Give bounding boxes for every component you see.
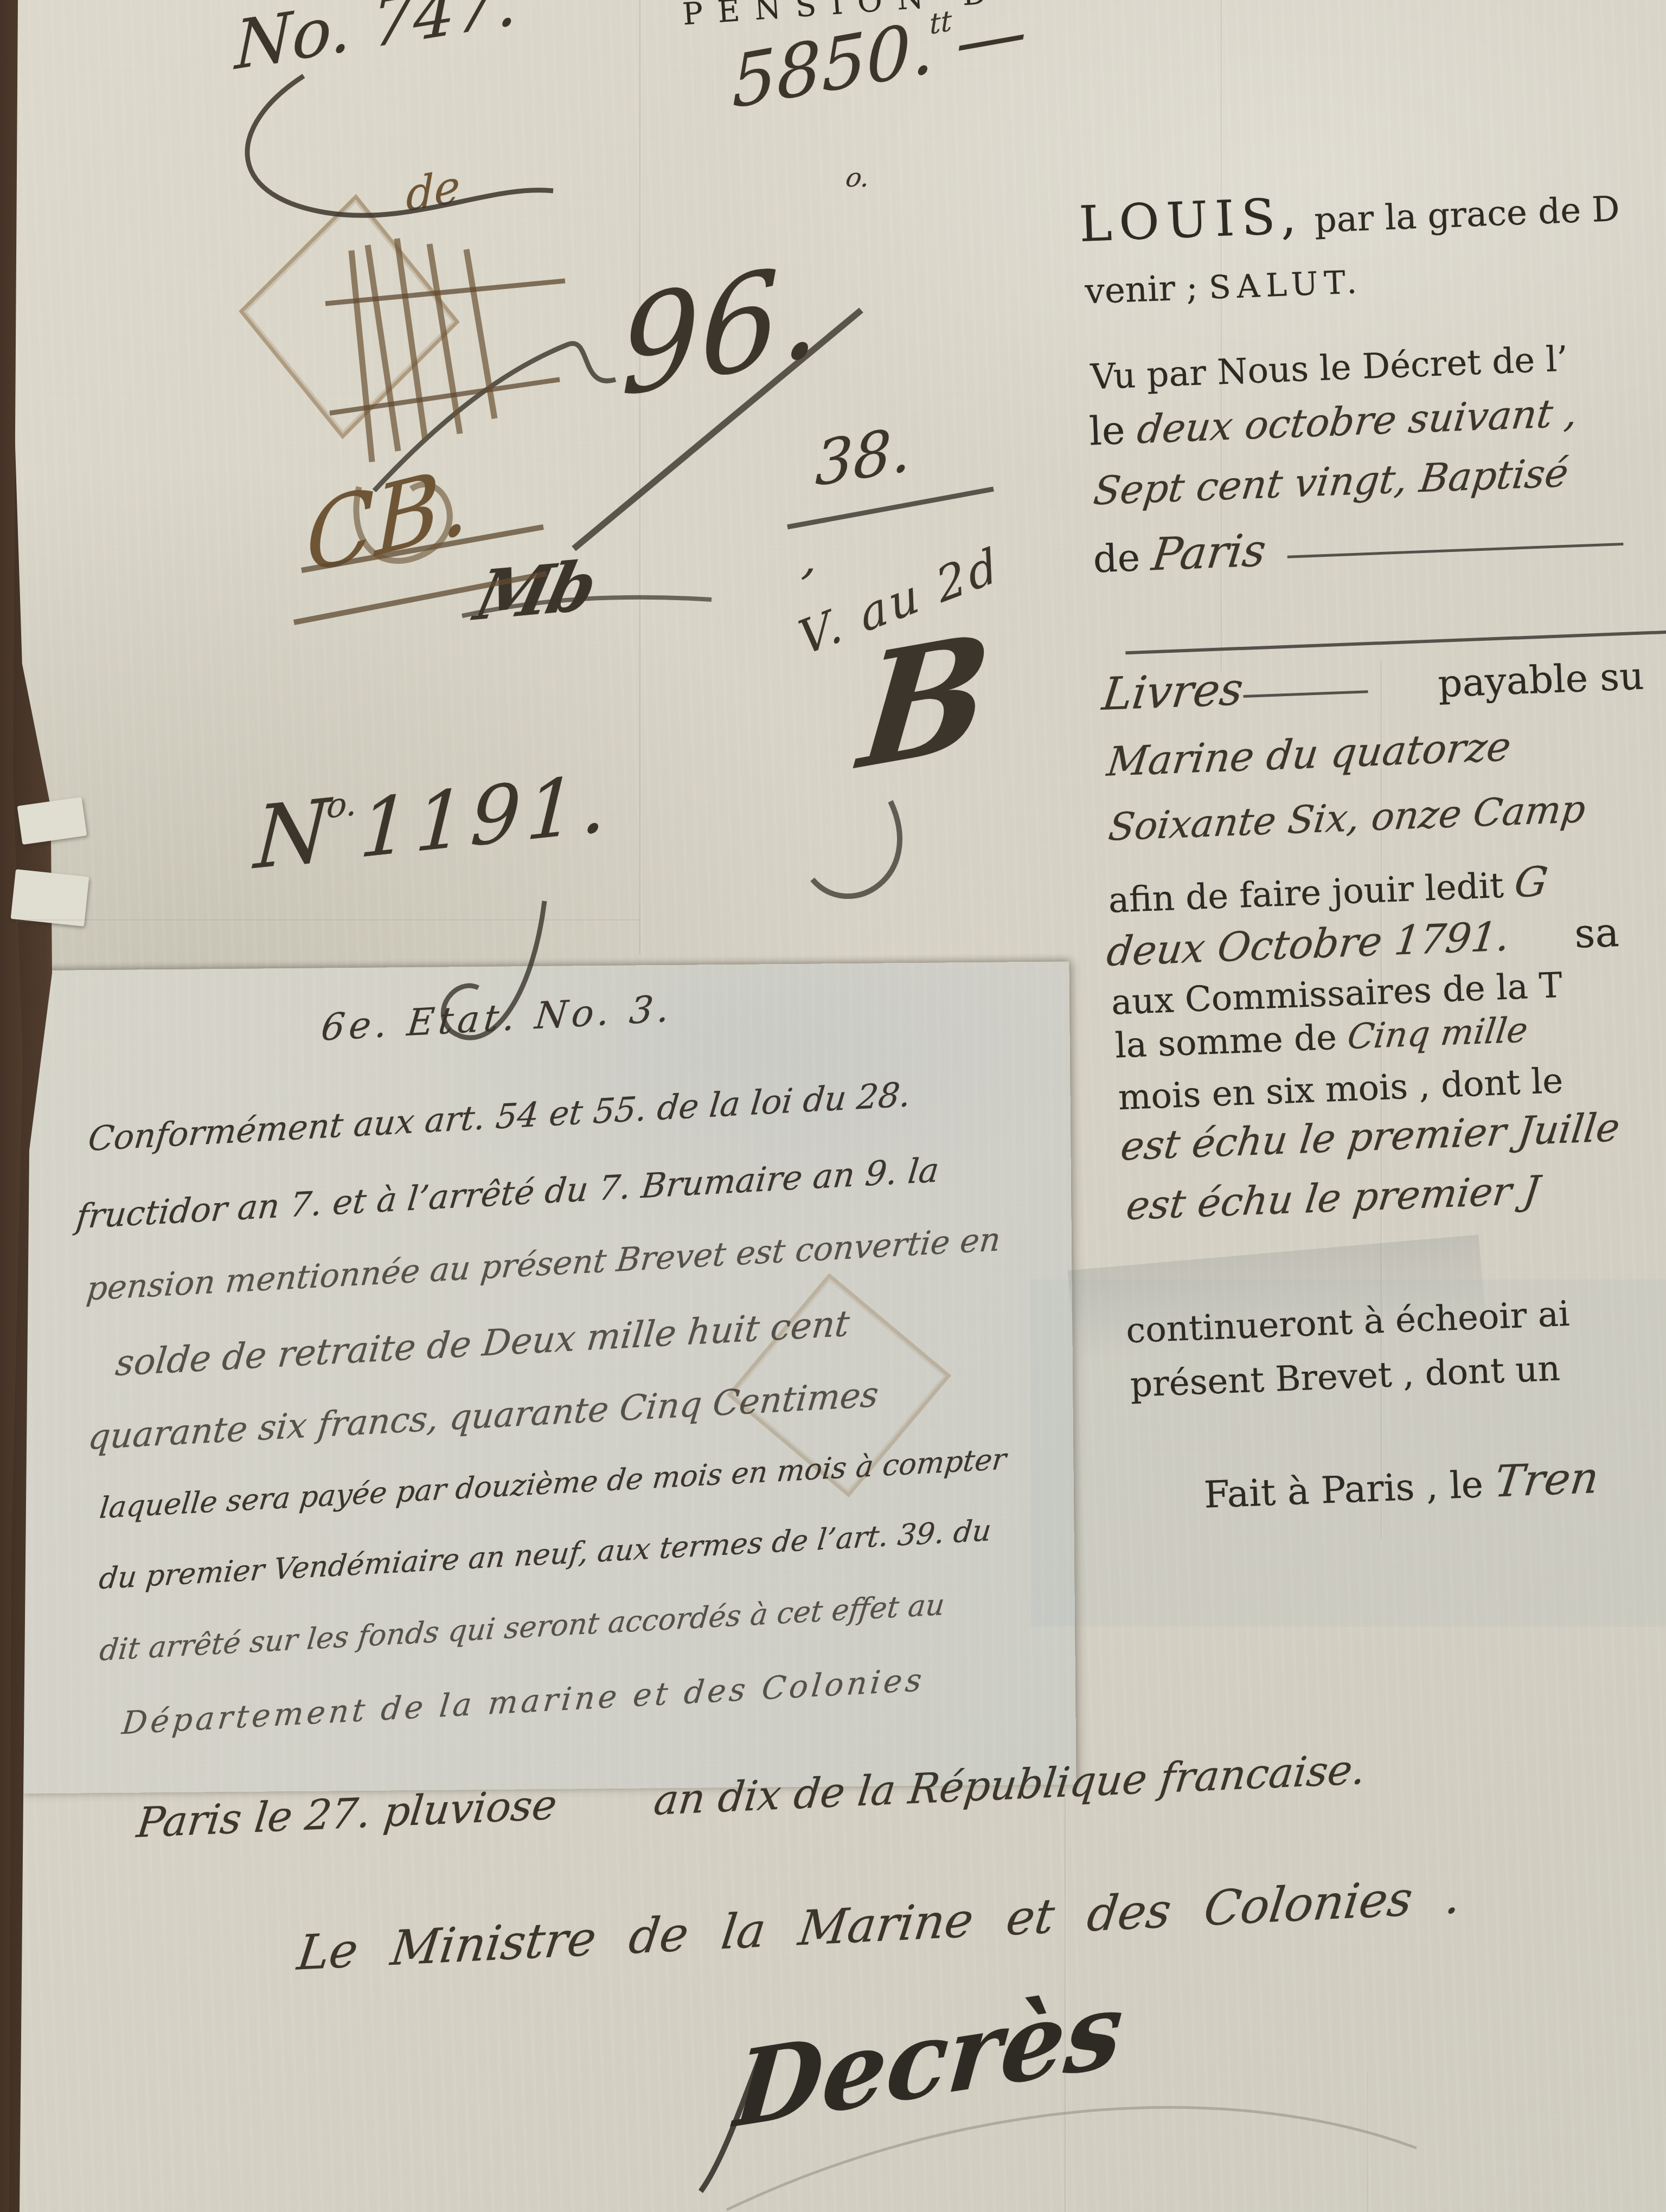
note-line-8: dit arrêté sur les fonds qui seront acco… [98, 1587, 946, 1668]
torn-paper-tab [11, 869, 89, 927]
text-segment-print: afin de faire jouir ledit [1108, 865, 1516, 921]
brevet-line-est-echu-2: est échu le premier J [1126, 1167, 1540, 1229]
small-circle-mark: o. [844, 163, 872, 193]
note-line-9: Département de la marine et des Colonies [120, 1661, 927, 1742]
crossed-word: de [406, 160, 460, 222]
note-line-2: fructidor an 7. et à l’arrêté du 7. Brum… [74, 1150, 941, 1237]
text-segment-print-xl: LOUIS, [1078, 188, 1304, 253]
brevet-line-afin: afin de faire jouir ledit G [1107, 858, 1548, 922]
brevet-line-vu-decret: Vu par Nous le Décret de l’ [1090, 339, 1568, 398]
brevet-line-livret: Livrespayable su [1101, 648, 1644, 721]
note-text-column: 6e. Etat. No. 3. Conformément aux art. 5… [65, 954, 1138, 1822]
text-segment-gap [1266, 565, 1287, 566]
note-line-5: quarante six francs, quarante Cinq Centi… [86, 1375, 880, 1458]
brevet-line-venir: venir ; SALUT. [1084, 261, 1363, 312]
text-segment-print: la somme de [1114, 1017, 1349, 1066]
text-segment-print-sp: SALUT. [1208, 263, 1363, 306]
note-line-6: laquelle sera payée par douzième de mois… [98, 1442, 1008, 1525]
brevet-line-continueront: continueront à écheoir ai [1125, 1294, 1571, 1351]
text-segment-print: sa [1574, 909, 1620, 957]
text-segment-hand-lg: Tren [1492, 1452, 1601, 1507]
text-segment-print: payable su [1437, 654, 1645, 706]
text-segment-hand: Sept cent vingt, Baptisé [1091, 449, 1571, 513]
text-segment-hand: deux octobre suivant , [1135, 390, 1580, 453]
brevet-line-present-brevet: présent Brevet , dont un [1130, 1349, 1561, 1405]
brevet-line-marine: Marine du quatorze [1106, 723, 1511, 785]
paper-crease [1367, 2071, 1370, 2212]
brevet-line-soixante: Soixante Six, onze Camp [1108, 787, 1586, 850]
note-line-7: du premier Vendémiaire an neuf, aux term… [98, 1513, 993, 1596]
note-header: 6e. Etat. No. 3. [319, 987, 675, 1050]
registry-superscript: o. [326, 783, 358, 826]
text-segment-print: le [1088, 407, 1138, 454]
paper-crease [639, 0, 642, 954]
text-segment-gap [1368, 697, 1439, 699]
text-segment-hand: deux Octobre 1791. [1104, 913, 1512, 975]
text-segment-print: de [1092, 535, 1153, 581]
brevet-line-de-paris: de Paris [1092, 511, 1624, 583]
text-segment-hand: est échu le premier J [1124, 1167, 1542, 1229]
brevet-line-fait-a-paris: Fait à Paris , le Tren [1203, 1452, 1599, 1518]
text-segment-hand: Marine du quatorze [1105, 723, 1514, 786]
text-segment-print: Vu par Nous le Décret de l’ [1090, 339, 1568, 398]
amount-superscript: tt [930, 4, 952, 41]
amount-dash: — [955, 0, 1027, 86]
brevet-text-column: LOUIS, par la grace de D venir ; SALUT. … [1078, 173, 1666, 1605]
paraph-initial: B [853, 599, 998, 805]
text-segment-hand-lg: G [1511, 857, 1550, 906]
text-segment-rule [1287, 543, 1624, 558]
note-line-3: pension mentionnée au présent Brevet est… [85, 1220, 1002, 1308]
text-segment-print: Fait à Paris , le [1203, 1463, 1496, 1517]
text-segment-print: par la grace de D [1303, 189, 1620, 241]
text-segment-hand: Cinq mille [1345, 1010, 1530, 1057]
paper-crease [16, 919, 640, 922]
registry-n: N [252, 780, 332, 889]
text-segment-print: venir ; [1084, 267, 1209, 312]
text-segment-rule [1243, 690, 1368, 698]
text-segment-gap [1510, 948, 1575, 950]
text-segment-print: continueront à écheoir ai [1125, 1294, 1571, 1351]
brevet-line-octobre-suivant: le deux octobre suivant , [1088, 390, 1578, 454]
text-segment-hand-lg: Paris [1149, 524, 1268, 581]
note-line-4: solde de retraite de Deux mille huit cen… [113, 1302, 851, 1384]
photo-of-pension-brevet: { "photo": { "colors": { "wood": "#4c392… [0, 0, 1666, 2212]
text-segment-print: présent Brevet , dont un [1130, 1349, 1561, 1405]
text-segment-hand-lg: Livres [1100, 663, 1246, 721]
text-segment-hand: Soixante Six, onze Camp [1106, 787, 1588, 850]
mb-scribble: Mb [468, 546, 601, 636]
note-line-1: Conformément aux art. 54 et 55. de la lo… [86, 1075, 912, 1159]
brevet-line-sept-cent: Sept cent vingt, Baptisé [1093, 450, 1569, 514]
